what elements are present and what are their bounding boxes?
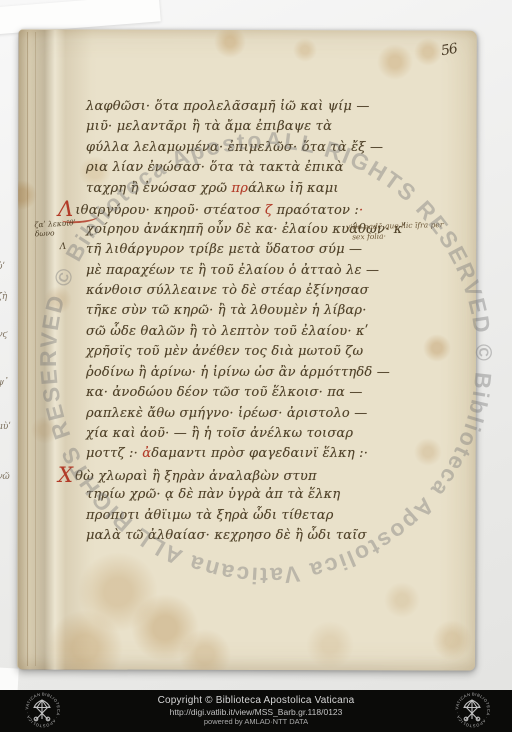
footer-url: http://digi.vatlib.it/view/MSS_Barb.gr.1…	[0, 707, 512, 717]
manuscript-line: ῥοδίνω ἢ ἁρίνω· ἡ ἰρίνω ὡσ ἂν ἁρμόττηδδ …	[86, 363, 386, 383]
manuscript-line: τηρίω χρῶ· ᾳ δὲ πὰν ὑγρὰ ἀπ τὰ ἕλκη	[86, 485, 386, 505]
manuscript-line: Λιθαργύρου· κηροῦ· στέατοσ ζ πραότατον :…	[86, 199, 386, 219]
manuscript-line: μαλὰ τῶ ἀλθαίασ· κεχρησο δὲ ἢ ὧδι ταῖσ	[86, 526, 386, 546]
manuscript-text-block: λαφθῶσι· ὅτα προλελᾶσαμῆ ἰῶ καὶ ψίμ —μιῦ…	[86, 97, 386, 547]
manuscript-line: κα· ἀνοδώου δέον τῶσ τοῦ ἕλκοισ· πα —	[86, 383, 386, 403]
footer-copyright: Copyright © Biblioteca Apostolica Vatica…	[0, 695, 512, 706]
ink-text: κάνθοισ σύλλεαινε τὸ δὲ στέαρ ἐξίνησασ	[86, 283, 369, 298]
ink-text: προποτι ἀθϊιμω τὰ ξηρὰ ὧδι τίθεταρ	[86, 508, 334, 523]
footer-powered-by: powered by AMLAD·NTT DATA	[0, 717, 512, 726]
rubric-text: πρ	[232, 181, 249, 196]
manuscript-line: ρια λίαν ἐνώσασ· ὅτα τὰ τακτὰ ἐπικὰ	[86, 158, 386, 178]
manuscript-line: προποτι ἀθϊιμω τὰ ξηρὰ ὧδι τίθεταρ	[86, 506, 386, 526]
ink-text: χρῆσϊς τοῦ μὲν ἀνέθεν τος διὰ μωτοῦ ζω	[86, 344, 363, 359]
manuscript-line: μιῦ· μελαντᾶρι ἢ τὰ ἄμα ἐπιβαψε τὰ	[86, 117, 386, 137]
margin-note-right-line1: vide eadē quę hic īfra per	[346, 220, 444, 232]
viewer-footer-bar: Copyright © Biblioteca Apostolica Vatica…	[0, 690, 512, 732]
manuscript-line: ραπλεκὲ ἄθω σμήγνο· ἱρέωσ· ἀριστολο —	[86, 404, 386, 424]
ink-text: ιθαργύρου· κηροῦ· στέατοσ	[75, 203, 265, 218]
facing-page-fragment: γϛ	[0, 330, 7, 340]
facing-page-fragment: μὺʹ	[0, 422, 11, 432]
ink-text: σῶ ὧδε θαλῶν ἢ τὸ λεπτὸν τοῦ ἐλαίου· κʹ	[86, 324, 369, 339]
leaf-edge	[35, 32, 36, 666]
binding-gutter	[18, 30, 92, 670]
manuscript-line: κάνθοισ σύλλεαινε τὸ δὲ στέαρ ἐξίνησασ	[86, 281, 386, 301]
vatican-library-seal-icon: BIBLIOTECA · APOSTOLICA · VATICANA	[22, 690, 62, 730]
ink-text: ῥοδίνω ἢ ἁρίνω· ἡ ἰρίνω ὡσ ἂν ἁρμόττηδδ …	[86, 365, 390, 380]
ink-text: πραότατον :	[272, 203, 359, 218]
ink-text: μιῦ· μελαντᾶρι ἢ τὰ ἄμα ἐπιβαψε τὰ	[86, 119, 332, 134]
leaf-edge	[27, 32, 28, 666]
manuscript-line: σῶ ὧδε θαλῶν ἢ τὸ λεπτὸν τοῦ ἐλαίου· κʹ	[86, 322, 386, 342]
margin-note-left-line1: ζαʹ λεκυϊθʹ	[34, 218, 76, 229]
rubric-text: Χ	[58, 463, 73, 487]
manuscript-line: χοίρηου ἀνάκηπῆ οὖν δὲ κα· ἐλαίου κυάθων…	[86, 220, 386, 240]
manuscript-line: τῆκε σὺν τῶ κηρῶ· ἢ τὰ λθουμὲν ἡ λίβαρ·	[86, 301, 386, 321]
manuscript-line: χία καὶ ἀοῦ· — ἢ ἡ τοῖσ ἀνέλκω τοισαρ	[86, 424, 386, 444]
ink-text: ταχρη ἢ ἐνώσασ χρῶ	[86, 181, 232, 196]
manuscript-line: τῆ λιθάργυρον τρίβε μετὰ ὕδατοσ σύμ —	[86, 240, 386, 260]
rubric-text: ·	[359, 203, 363, 218]
manuscript-line: Χθὼ χλωραὶ ἢ ξηρὰν ἀναλαβὼν στυπ	[86, 465, 386, 485]
manuscript-line: μὲ παραχέων τε ἢ τοῦ ἐλαίου ὁ ἀτταὸ λε —	[86, 261, 386, 281]
facing-page-fragment: ζὴ	[0, 292, 7, 302]
manuscript-line: χρῆσϊς τοῦ μὲν ἀνέθεν τος διὰ μωτοῦ ζω	[86, 342, 386, 362]
ink-text: μοττζ :·	[86, 446, 142, 461]
facing-page-fragment: γῶ	[0, 472, 10, 482]
ink-text: λαφθῶσι· ὅτα προλελᾶσαμῆ ἰῶ καὶ ψίμ —	[86, 99, 370, 114]
margin-note-left: ζαʹ λεκυϊθʹ δωνο Λ	[34, 218, 88, 254]
facing-page-fragment: ὐʹ	[0, 262, 5, 272]
rubric-text: ἀ	[142, 446, 151, 461]
ink-text: ραπλεκὲ ἄθω σμήγνο· ἱρέωσ· ἀριστολο —	[86, 406, 368, 421]
vatican-library-seal-icon: BIBLIOTECA · APOSTOLICA · VATICANA	[452, 690, 492, 730]
ombrellino-and-keys-icon	[34, 700, 50, 721]
ink-text: θὼ χλωραὶ ἢ ξηρὰν ἀναλαβὼν στυπ	[75, 469, 317, 484]
manuscript-line: μοττζ :· ἀδαμαντι πρὸσ φαγεδαινϊ ἕλκη :·	[86, 444, 386, 464]
manuscript-line: λαφθῶσι· ὅτα προλελᾶσαμῆ ἰῶ καὶ ψίμ —	[86, 97, 386, 117]
ink-text: μαλὰ τῶ ἀλθαίασ· κεχρησο δὲ ἢ ὧδι ταῖσ	[86, 528, 367, 543]
ink-text: χία καὶ ἀοῦ· — ἢ ἡ τοῖσ ἀνέλκω τοισαρ	[86, 426, 353, 441]
manuscript-line: ταχρη ἢ ἐνώσασ χρῶ πράλκω ἰῆ καμι	[86, 179, 386, 199]
ink-text: κα· ἀνοδώου δέον τῶσ τοῦ ἕλκοισ· πα —	[86, 385, 363, 400]
digitized-manuscript-viewer: { "manuscript": { "folio_number": "56", …	[0, 0, 512, 732]
ink-text: τῆκε σὺν τῶ κηρῶ· ἢ τὰ λθουμὲν ἡ λίβαρ·	[86, 303, 367, 318]
ink-text: τῆ λιθάργυρον τρίβε μετὰ ὕδατοσ σύμ —	[86, 242, 362, 257]
ink-text: ρια λίαν ἐνώσασ· ὅτα τὰ τακτὰ ἐπικὰ	[86, 160, 344, 175]
ink-text: τηρίω χρῶ· ᾳ δὲ πὰν ὑγρὰ ἀπ τὰ ἕλκη	[86, 487, 340, 502]
folio-number: 56	[440, 41, 458, 60]
margin-note-left-line2: δωνο	[35, 228, 55, 238]
ink-text: άλκω ἰῆ καμι	[248, 181, 339, 196]
ombrellino-and-keys-icon	[464, 700, 480, 721]
margin-note-left-line3: Λ	[59, 242, 87, 252]
facing-page-fragment: ψ᾽	[0, 378, 9, 388]
margin-note-right: vide eadē quę hic īfra per sex folia·	[346, 219, 466, 242]
ink-text: δαμαντι πρὸσ φαγεδαινϊ ἕλκη :·	[151, 446, 368, 461]
ink-text: φύλλα λελαμωμένα· ἐπιμελῶσ· ὅτα τὰ ἔξ —	[86, 140, 383, 155]
ink-text: μὲ παραχέων τε ἢ τοῦ ἐλαίου ὁ ἀτταὸ λε —	[86, 263, 379, 278]
manuscript-line: φύλλα λελαμωμένα· ἐπιμελῶσ· ὅτα τὰ ἔξ —	[86, 138, 386, 158]
